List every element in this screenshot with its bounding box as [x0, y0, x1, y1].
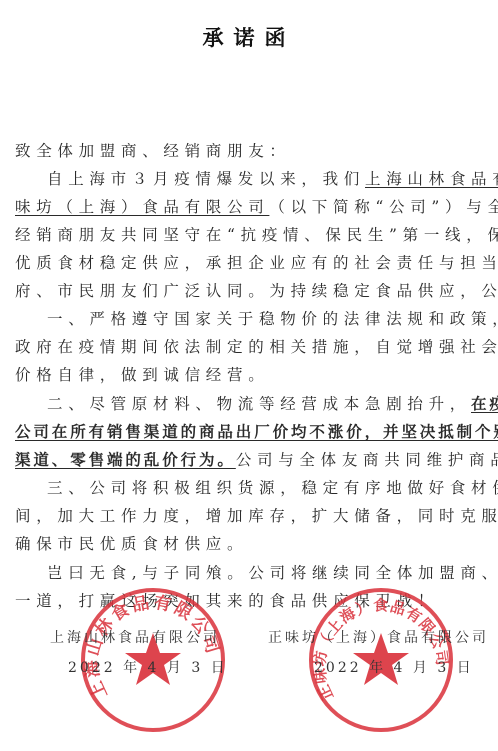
p3-line-3: 渠道、零售端的乱价行为。公司与全体友商共同维护商品价格稳定。 [15, 449, 485, 471]
p4-line-2: 间，加大工作力度，增加库存，扩大储备，同时克服流通管制困难， [15, 505, 485, 527]
p3-line-2: 公司在所有销售渠道的商品出厂价均不涨价，并坚决抵制个别团购 [15, 421, 485, 443]
p2-line-2: 政府在疫情期间依法制定的相关措施，自觉增强社会责任感，强化 [15, 336, 485, 358]
p3-line-1: 二、尽管原材料、物流等经营成本急剧抬升，在疫情特殊时期， [47, 393, 498, 415]
p2-line-3: 价格自律，做到诚信经营。 [15, 364, 485, 386]
p1-line-5: 府、市民朋友们广泛认同。为持续稳定食品供应，公司郑重承诺： [15, 280, 485, 302]
p4-line-1: 三、公司将积极组织货源，稳定有序地做好食材供应。疫情期 [47, 477, 498, 499]
signature-date-1: 2022 年 4 月 3 日 [68, 657, 228, 677]
p1-line-4: 优质食材稳定供应，承担企业应有的社会责任与担当，赢得了市政 [15, 252, 485, 274]
signature-company-1: 上海山林食品有限公司 [50, 627, 220, 647]
p2-line-1: 一、严格遵守国家关于稳物价的法律法规和政策，认真执行市 [47, 308, 498, 330]
signature-date-2: 2022 年 4 月 3 日 [314, 657, 474, 677]
company-names-underlined: 上海山林食品有限公司、正 [365, 170, 498, 188]
signature-company-2: 正味坊（上海）食品有限公司 [268, 627, 489, 647]
p1-line-1: 自上海市３月疫情爆发以来，我们上海山林食品有限公司、正 [47, 168, 498, 190]
p5-line-1: 岂曰无食,与子同飧。公司将继续同全体加盟商、经销商朋友们 [47, 562, 498, 584]
p1-line-2: 味坊（上海）食品有限公司（以下简称“公司”）与全体加盟商、 [15, 196, 485, 218]
letter-title: 承诺函 [0, 22, 498, 52]
p1-line-3: 经销商朋友共同坚守在“抗疫情、保民生”第一线，保障广大市民 [15, 224, 485, 246]
salutation: 致全体加盟商、经销商朋友： [15, 140, 485, 162]
p4-line-3: 确保市民优质食材供应。 [15, 533, 485, 555]
